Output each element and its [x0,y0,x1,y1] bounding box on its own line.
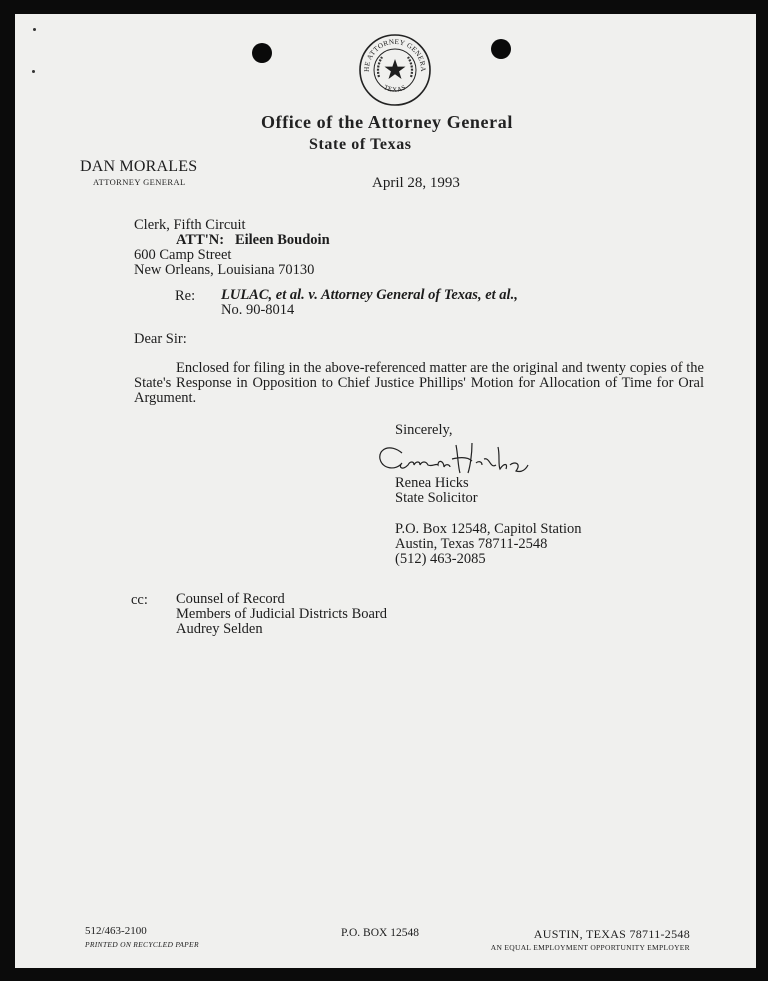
case-title: LULAC, et al. v. Attorney General of Tex… [221,288,518,303]
signer-title: State Solicitor [395,491,478,506]
signer-address-line2: Austin, Texas 78711-2548 [395,537,582,552]
case-number: No. 90-8014 [221,303,518,318]
re-label: Re: [175,288,195,305]
re-block: LULAC, et al. v. Attorney General of Tex… [221,288,518,318]
attorney-general-seal-icon: THE ATTORNEY GENERAL TEXAS [358,33,432,107]
footer-po-box: P.O. BOX 12548 [341,927,419,939]
letter-page: THE ATTORNEY GENERAL TEXAS Office of the… [15,14,756,968]
recipient-line: Clerk, Fifth Circuit [134,218,330,233]
recipient-street: 600 Camp Street [134,248,330,263]
attn-label: ATT'N: [176,232,224,248]
signer-name: Renea Hicks [395,476,478,491]
cc-label: cc: [131,592,148,609]
svg-text:TEXAS: TEXAS [382,84,407,94]
state-heading: State of Texas [309,136,412,154]
attorney-general-name: DAN MORALES [80,158,197,176]
letter-body: Enclosed for filing in the above-referen… [134,361,704,406]
recipient-city: New Orleans, Louisiana 70130 [134,263,330,278]
recipient-address: Clerk, Fifth Circuit ATT'N: Eileen Boudo… [134,218,330,278]
attorney-general-title: ATTORNEY GENERAL [93,177,186,187]
body-paragraph: Enclosed for filing in the above-referen… [134,361,704,406]
signer-block: Renea Hicks State Solicitor [395,476,478,506]
footer-city: AUSTIN, TEXAS 78711-2548 [534,927,690,942]
cc-list: Counsel of Record Members of Judicial Di… [176,592,387,637]
speck [32,70,35,73]
footer-eeo-note: AN EQUAL EMPLOYMENT OPPORTUNITY EMPLOYER [491,943,690,952]
footer-recycled-note: PRINTED ON RECYCLED PAPER [85,940,199,949]
salutation: Dear Sir: [134,331,187,348]
attn-name: Eileen Boudoin [235,232,330,248]
signer-phone: (512) 463-2085 [395,552,582,567]
attn-line: ATT'N: Eileen Boudoin [134,233,330,248]
footer-phone: 512/463-2100 [85,925,147,937]
cc-recipient: Counsel of Record [176,592,387,607]
speck [33,28,36,31]
punch-hole-left [252,43,272,63]
signer-address-line1: P.O. Box 12548, Capitol Station [395,522,582,537]
cc-recipient: Audrey Selden [176,622,387,637]
office-heading: Office of the Attorney General [261,112,513,133]
signer-address: P.O. Box 12548, Capitol Station Austin, … [395,522,582,567]
punch-hole-right [491,39,511,59]
letter-date: April 28, 1993 [372,175,460,192]
cc-recipient: Members of Judicial Districts Board [176,607,387,622]
